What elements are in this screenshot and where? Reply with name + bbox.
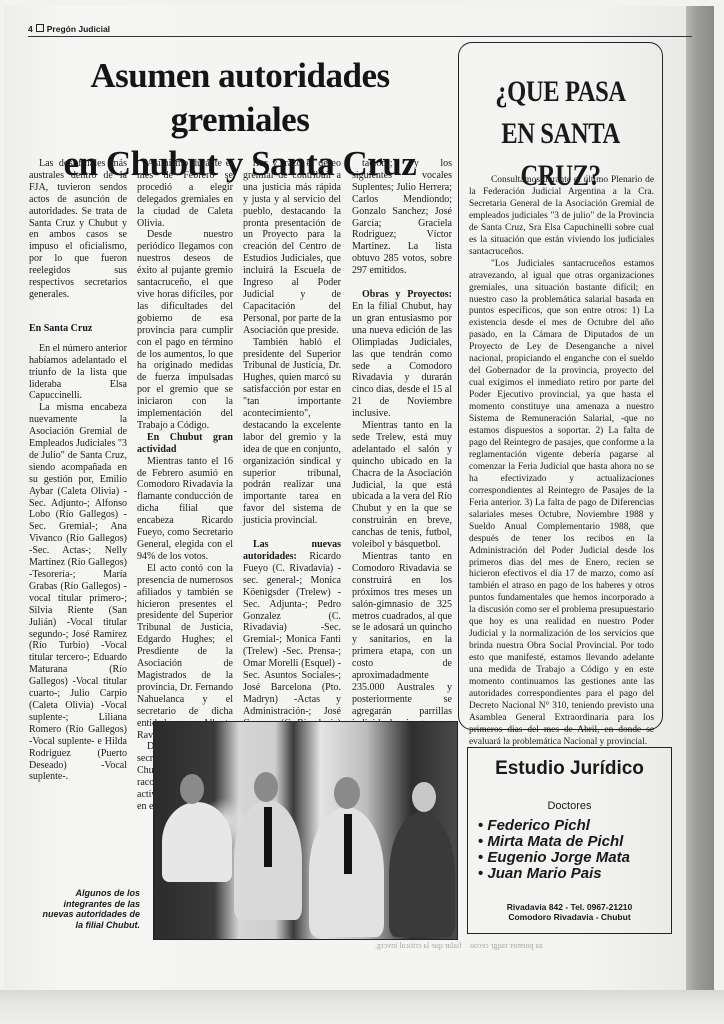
article-column-1: Las dos filiales más australes dentro de… [29,158,127,783]
sidebar-body: Consultamos durante el último Plenario d… [469,175,654,749]
page-spine-shadow [686,6,714,996]
paragraph: En el número anterior habíamos adelantad… [29,343,127,403]
page-bottom-edge [0,990,724,1024]
ad-subtitle: Doctores [468,800,671,812]
paragraph-projects: Obras y Proyectos: En la filial Chubut, … [352,289,452,420]
paragraph: El acto contó con la presencia de numero… [137,563,233,742]
ad-name-item: Federico Pichl [478,818,671,834]
paragraph: También habló el presidente del Superior… [243,337,341,528]
article-column-4: tación-; y los siguientes vocales Suplen… [352,158,452,789]
ad-name-item: Eugenio Jorge Mata [478,850,671,866]
headline-line-1: Asumen autoridades gremiales [20,54,460,142]
lead-in-bold: Obras y Proyectos: [362,289,452,300]
paragraph: "Los Judiciales santacruceños estamos at… [469,259,654,749]
subheading-chubut: En Chubut gran actividad [137,432,233,456]
paragraph: Desde nuestro periódico llegamos con nue… [137,229,233,431]
ad-names-list: Federico Pichl Mirta Mata de Pichl Eugen… [478,818,671,882]
paragraph: La misma encabeza nuevamente la Asociaci… [29,402,127,783]
paragraph: Mientras tanto el 16 de Febrero asumió e… [137,456,233,563]
photo-new-authorities [153,721,458,940]
paragraph: Mientras tanto en la sede Trelew, está m… [352,420,452,551]
advertisement-estudio-juridico: Estudio Jurídico Doctores Federico Pichl… [467,747,672,934]
paragraph: Las dos filiales más australes dentro de… [29,158,127,301]
bleed-through-text: fialar que la critical invcrg. [375,941,462,950]
bleed-through-text: aa poemer raqgr cecou [470,941,543,950]
subheading-santa-cruz: En Santa Cruz [29,323,127,335]
sidebar-santa-cruz: ¿QUE PASA EN SANTA CRUZ? Consultamos dur… [458,42,663,730]
paragraph: Asimismo durante el mes de Febrero se pr… [137,158,233,229]
article-column-2: Asimismo durante el mes de Febrero se pr… [137,158,233,813]
publication-name: Pregón Judicial [47,24,110,34]
ad-name-item: Mirta Mata de Pichl [478,834,671,850]
ad-title: Estudio Jurídico [468,758,671,780]
paragraph: Consultamos durante el último Plenario d… [469,175,654,259]
paragraph: tación-; y los siguientes vocales Suplen… [352,158,452,277]
ad-address: Rivadavia 842 - Tel. 0967-21210 Comodoro… [468,902,671,922]
page-header: 4Pregón Judicial [28,24,692,37]
ad-name-item: Juan Mario Pais [478,866,671,882]
page-number: 4 [28,24,33,34]
square-bullet-icon [36,24,44,32]
article-column-3: rior y trazó el deseo gremial de contrib… [243,158,341,789]
photo-caption: Algunos de los integrantes de las nuevas… [40,888,140,930]
paragraph: rior y trazó el deseo gremial de contrib… [243,158,341,337]
